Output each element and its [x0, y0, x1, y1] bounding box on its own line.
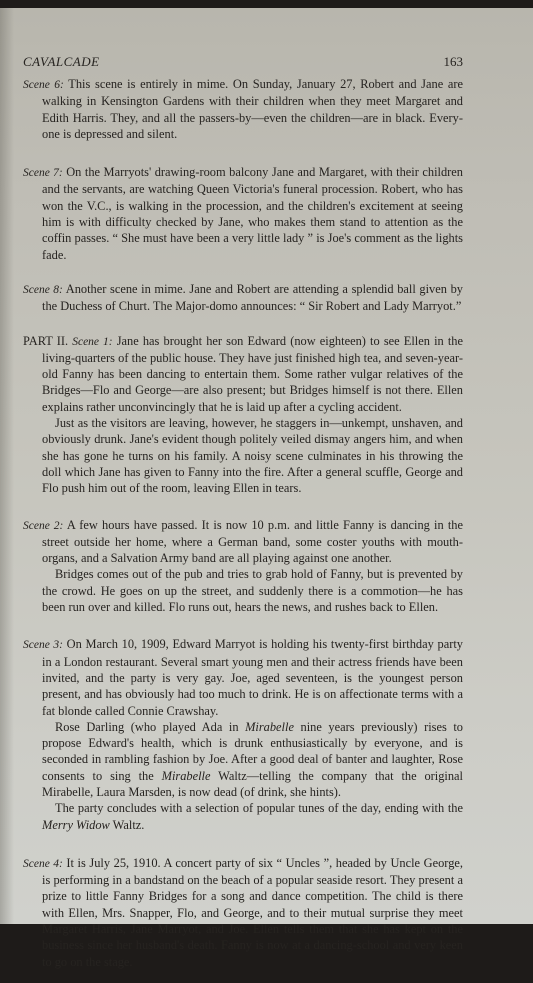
paragraph-text: It is July 25, 1910. A concert party of … — [42, 856, 463, 924]
scene-label: Scene 4: — [23, 858, 63, 870]
part-label: PART II. — [23, 334, 68, 348]
scene-2-entry: Scene 2: A few hours have passed. It is … — [23, 517, 463, 616]
text-run: Waltz. — [110, 818, 145, 832]
book-page: CAVALCADE 163 Scene 6: This scene is ent… — [0, 8, 533, 924]
scene-label: Scene 7: — [23, 167, 63, 179]
play-title: Mirabelle — [162, 769, 211, 783]
scene-label: Scene 1: — [72, 336, 112, 348]
scene-7-entry: Scene 7: On the Marryots' drawing-room b… — [23, 164, 463, 263]
text-run: The party concludes with a selection of … — [55, 801, 463, 815]
paragraph: Scene 8: Another scene in mime. Jane and… — [23, 281, 463, 315]
scene-label: Scene 8: — [23, 284, 63, 296]
scene-label: Scene 6: — [23, 79, 64, 91]
scene-4-entry: Scene 4: It is July 25, 1910. A concert … — [23, 855, 463, 924]
paragraph-text: On the Marryots' drawing-room balcony Ja… — [42, 165, 463, 261]
paragraph: Scene 4: It is July 25, 1910. A concert … — [23, 855, 463, 924]
paragraph-text: A few hours have passed. It is now 10 p.… — [42, 518, 463, 566]
paragraph: Scene 2: A few hours have passed. It is … — [23, 517, 463, 567]
paragraph: Just as the visitors are leaving, howeve… — [23, 415, 463, 496]
scene-3-entry: Scene 3: On March 10, 1909, Edward Marry… — [23, 636, 463, 833]
paragraph: PART II. Scene 1: Jane has brought her s… — [23, 333, 463, 415]
paragraph: Bridges comes out of the pub and tries t… — [23, 566, 463, 615]
paragraph: Scene 7: On the Marryots' drawing-room b… — [23, 164, 463, 263]
running-title: CAVALCADE — [23, 54, 100, 70]
play-title: Mirabelle — [245, 720, 294, 734]
text-run: Rose Darling (who played Ada in — [55, 720, 245, 734]
paragraph: Scene 3: On March 10, 1909, Edward Marry… — [23, 636, 463, 718]
paragraph-text: This scene is entirely in mime. On Sunda… — [42, 77, 463, 141]
scene-label: Scene 2: — [23, 520, 63, 532]
paragraph: Rose Darling (who played Ada in Mirabell… — [23, 719, 463, 800]
paragraph: The party concludes with a selection of … — [23, 800, 463, 833]
part-2-scene-1-entry: PART II. Scene 1: Jane has brought her s… — [23, 333, 463, 497]
paragraph-text: On March 10, 1909, Edward Marryot is hol… — [42, 637, 463, 717]
scene-6-entry: Scene 6: This scene is entirely in mime.… — [23, 76, 463, 142]
synopsis-body: Scene 6: This scene is entirely in mime.… — [23, 76, 463, 924]
page-header: CAVALCADE 163 — [23, 54, 463, 70]
song-title: Merry Widow — [42, 818, 110, 832]
paragraph-text: Another scene in mime. Jane and Robert a… — [42, 282, 463, 313]
scene-label: Scene 3: — [23, 639, 63, 651]
scene-8-entry: Scene 8: Another scene in mime. Jane and… — [23, 281, 463, 315]
paragraph: Scene 6: This scene is entirely in mime.… — [23, 76, 463, 142]
page-number: 163 — [444, 54, 464, 70]
